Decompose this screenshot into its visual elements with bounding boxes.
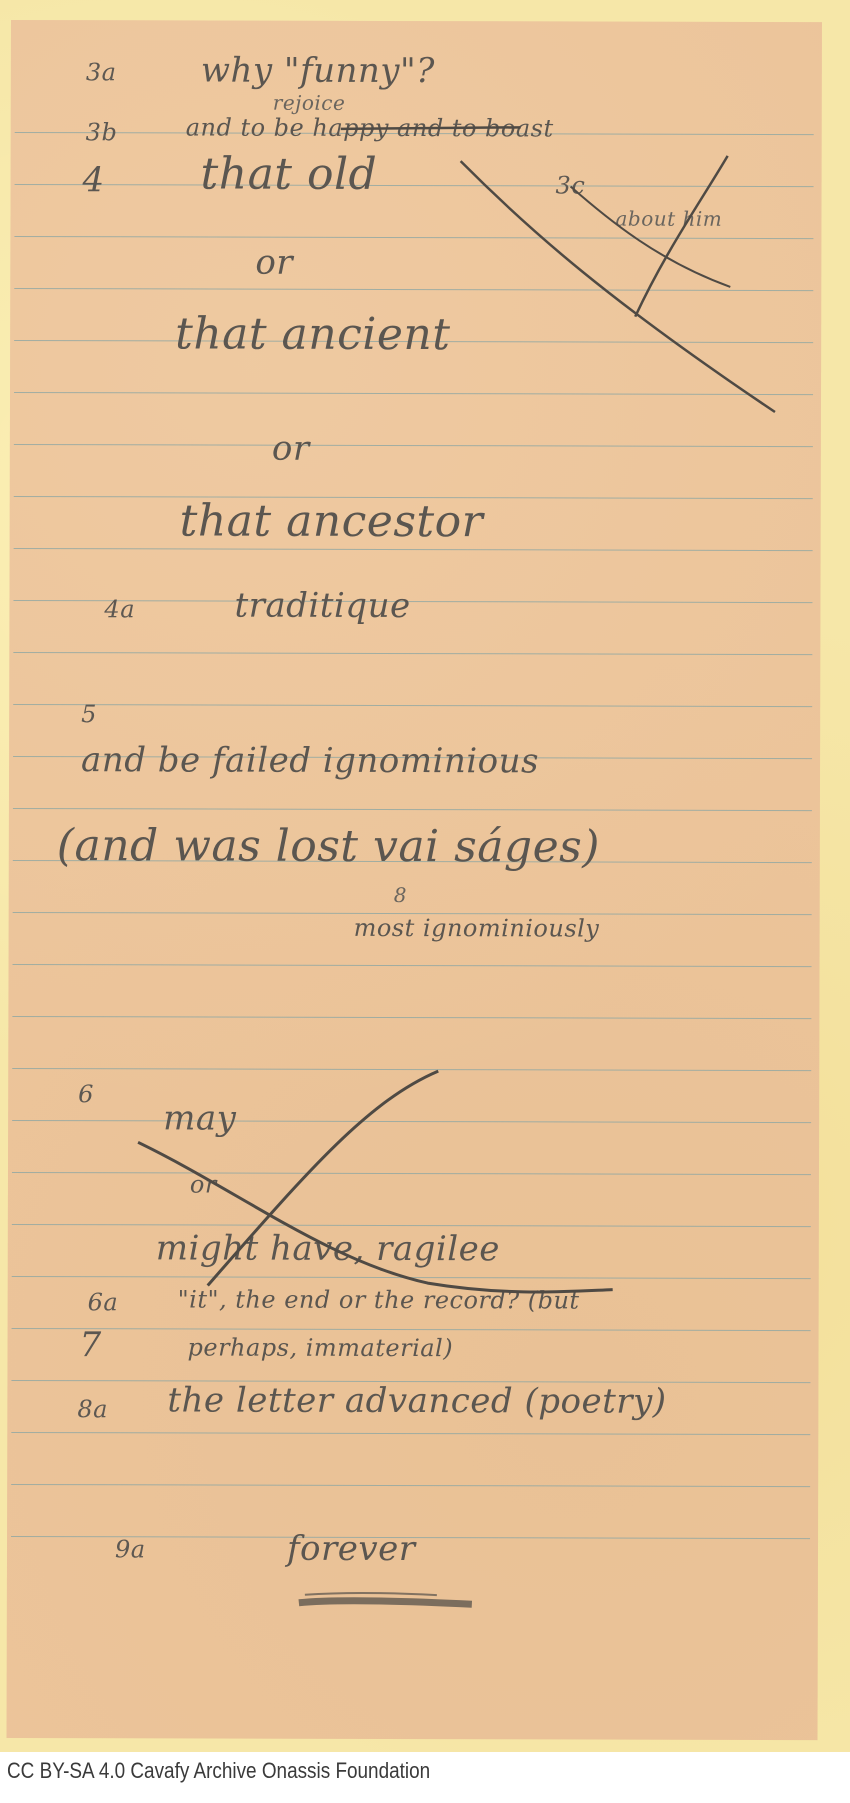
manuscript-line: that ancient	[175, 308, 450, 360]
margin-note: about him	[615, 207, 722, 231]
manuscript-line: most ignominiously	[354, 914, 600, 943]
ruled-line	[15, 184, 814, 187]
line-number: 6a	[88, 1288, 119, 1316]
manuscript-line: that ancestor	[180, 495, 484, 547]
manuscript-line: that old	[201, 148, 378, 199]
ruled-line	[14, 548, 813, 551]
ruled-line	[14, 444, 813, 447]
manuscript-line: traditique	[234, 586, 410, 626]
pencil-strokes	[7, 20, 822, 1740]
ruled-line	[12, 1016, 811, 1019]
line-number: 4a	[104, 595, 135, 623]
manuscript-line: may	[163, 1098, 236, 1138]
manuscript-line: or	[272, 429, 310, 469]
manuscript-sheet: 3a why "funny"? rejoice 3b and to be hap…	[7, 20, 822, 1740]
ruled-line	[12, 1172, 811, 1175]
ruled-line	[13, 808, 812, 811]
manuscript-line: the letter advanced (poetry)	[167, 1380, 666, 1421]
ruled-line	[13, 652, 812, 655]
manuscript-line: perhaps, immaterial)	[187, 1333, 453, 1362]
line-number: 9a	[115, 1535, 146, 1563]
ruled-line	[13, 964, 812, 967]
line-number: 8a	[77, 1395, 108, 1423]
line-number: 3b	[86, 118, 118, 146]
ruled-line	[11, 1484, 810, 1487]
ruled-line	[12, 1276, 811, 1279]
manuscript-line: forever	[287, 1529, 416, 1569]
line-number: 3a	[86, 58, 117, 86]
manuscript-line: "it", the end or the record? (but	[178, 1285, 580, 1314]
ruled-line	[11, 1432, 810, 1435]
ruled-line	[12, 1120, 811, 1123]
ruled-line	[13, 704, 812, 707]
manuscript-line: (and was lost vai ságes)	[57, 820, 600, 872]
ruled-line	[14, 288, 813, 291]
manuscript-line: and be failed ignominious	[81, 740, 539, 781]
license-caption: CC BY-SA 4.0 Cavafy Archive Onassis Foun…	[7, 1758, 430, 1784]
manuscript-line: why "funny"?	[201, 50, 435, 91]
insert-mark: 8	[394, 883, 407, 907]
ruled-line	[12, 1328, 811, 1331]
ruled-line	[12, 1224, 811, 1227]
ruled-line	[12, 1068, 811, 1071]
line-number: 6	[78, 1080, 94, 1108]
manuscript-line: or	[255, 243, 293, 283]
insertion-text: rejoice	[273, 91, 346, 115]
line-number: 7	[79, 1325, 101, 1365]
ruled-line	[14, 392, 813, 395]
ruled-line	[14, 236, 813, 239]
line-number: 3c	[556, 171, 586, 199]
manuscript-line: and to be happy and to boast	[186, 113, 554, 142]
manuscript-line: or	[190, 1170, 217, 1198]
manuscript-line: might have, ragilee	[156, 1228, 500, 1269]
line-number: 5	[81, 700, 97, 728]
line-number: 4	[83, 160, 105, 200]
